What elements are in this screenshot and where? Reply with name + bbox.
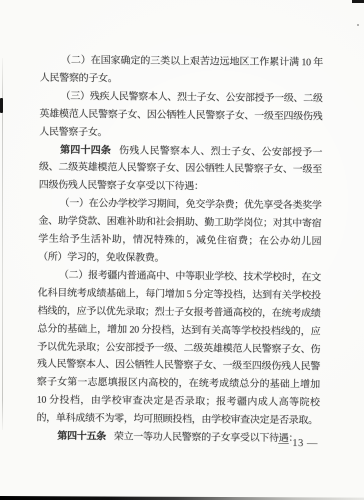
article-45-heading: 第四十五条 xyxy=(57,431,106,442)
article-44-heading: 第四十四条 xyxy=(60,144,111,155)
scan-artifact-speck xyxy=(357,24,359,26)
scanned-document-page: （二）在国家确定的三类以上艰苦边远地区工作累计满 10 年人民警察的子女。 （三… xyxy=(0,0,364,500)
scan-artifact-bottom-edge-shadow xyxy=(0,496,364,500)
document-text-column: （二）在国家确定的三类以上艰苦边远地区工作累计满 10 年人民警察的子女。 （三… xyxy=(36,52,323,449)
paragraph-item-2: （二）报考疆内普通高中、中等职业学校、技术学校时，在文化科目统考成绩基础上，每门… xyxy=(36,267,321,431)
page-number: — 13 — xyxy=(268,438,328,450)
scan-artifact-left-edge-line xyxy=(2,58,3,430)
paragraph-item-1: （一）在公办学校学习期间，免交学杂费；优先享受各类奖学金、助学贷款、困难补助和社… xyxy=(38,195,322,269)
paragraph-clause-3: （三）残疾人民警察本人、烈士子女、公安部授予一级、二级英雄模范人民警察子女、因公… xyxy=(39,87,323,143)
scan-artifact-left-edge-blob xyxy=(0,98,3,113)
paragraph-clause-2: （二）在国家确定的三类以上艰苦边远地区工作累计满 10 年人民警察的子女。 xyxy=(40,52,323,91)
scan-artifact-top-right-mark xyxy=(352,0,364,3)
paragraph-article-44: 第四十四条伤残人民警察本人、烈士子女、公安部授予一级、二级英雄模范人民警察子女、… xyxy=(39,141,323,197)
